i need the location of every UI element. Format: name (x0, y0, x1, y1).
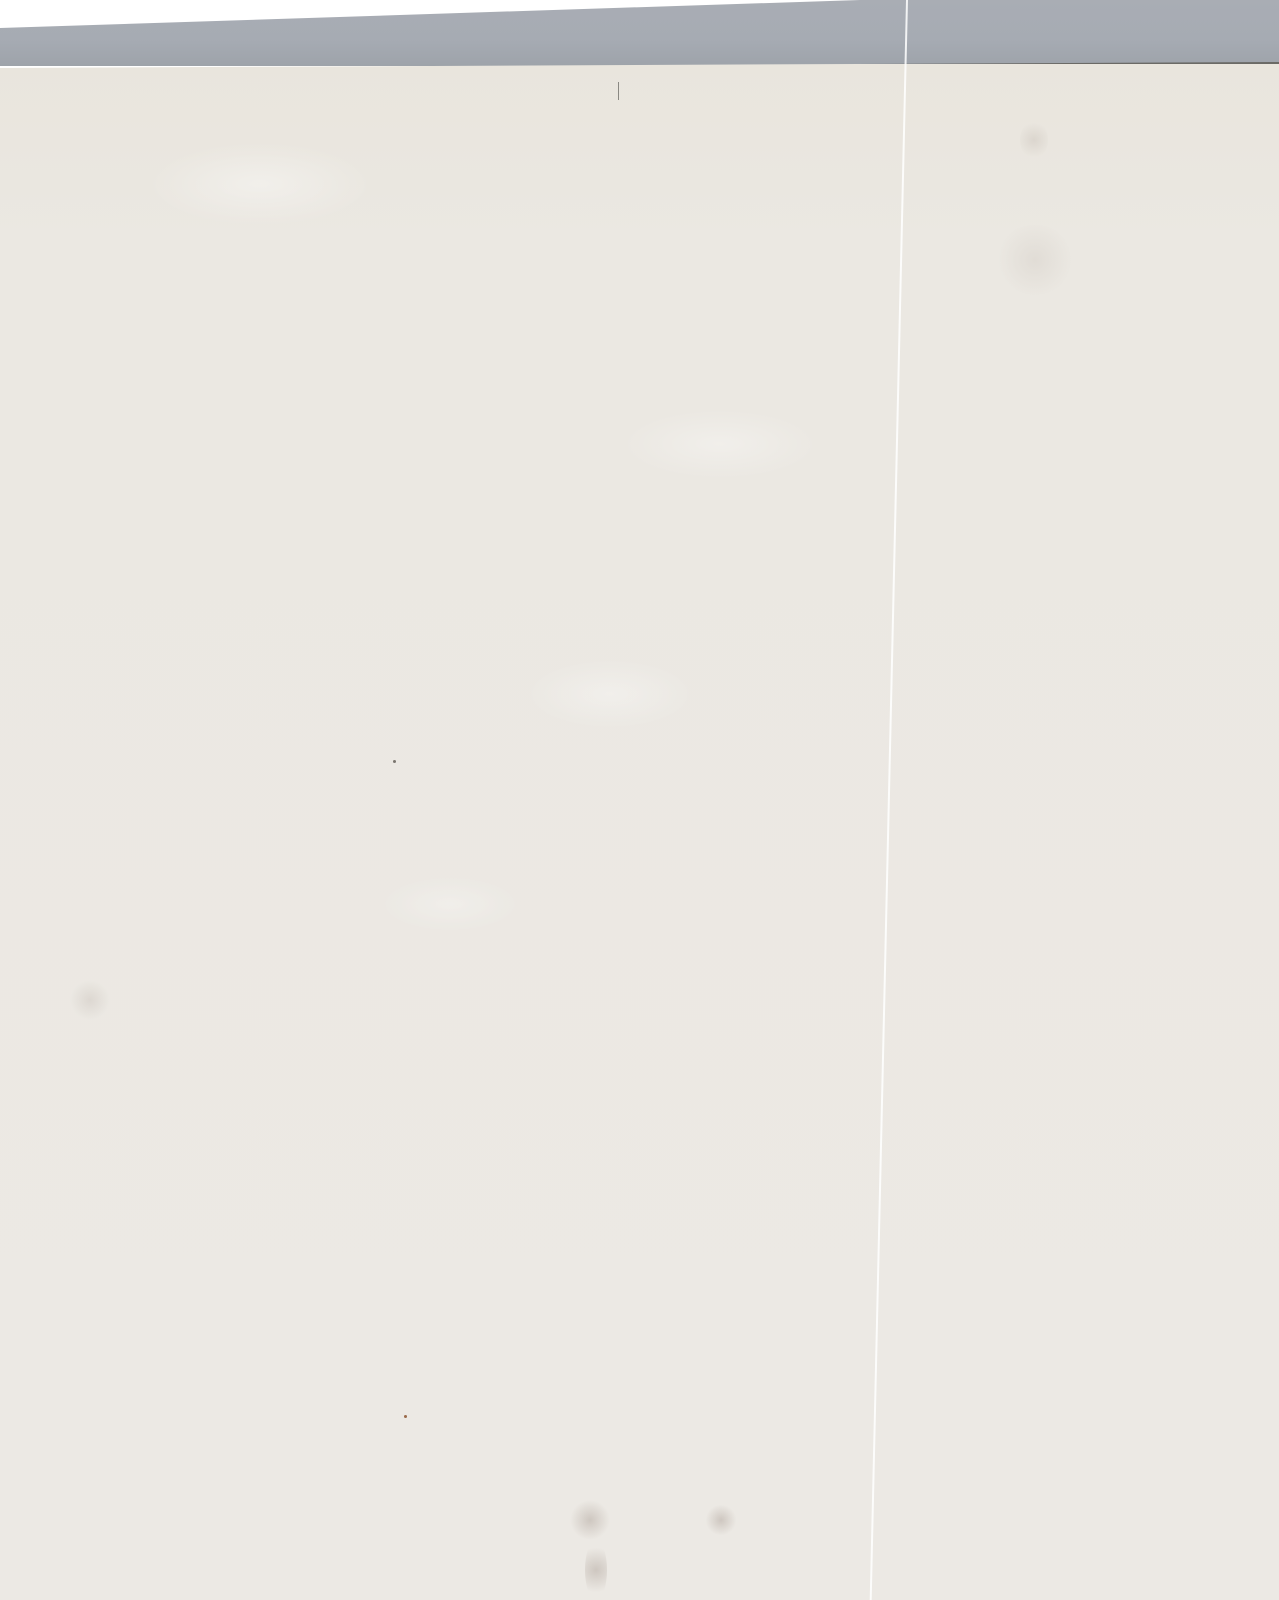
scanned-page (0, 0, 1279, 1600)
speck-mark (404, 1415, 407, 1418)
smudge-mark (585, 1540, 607, 1600)
blank-paper-sheet (0, 62, 1279, 1600)
speck-mark (393, 760, 396, 763)
smudge-mark (70, 980, 110, 1020)
smudge-mark (570, 1500, 610, 1540)
scanner-background (0, 0, 1279, 66)
smudge-mark (1020, 120, 1048, 160)
smudge-mark (995, 225, 1075, 295)
smudge-mark (705, 1505, 737, 1535)
pencil-mark (618, 82, 619, 100)
